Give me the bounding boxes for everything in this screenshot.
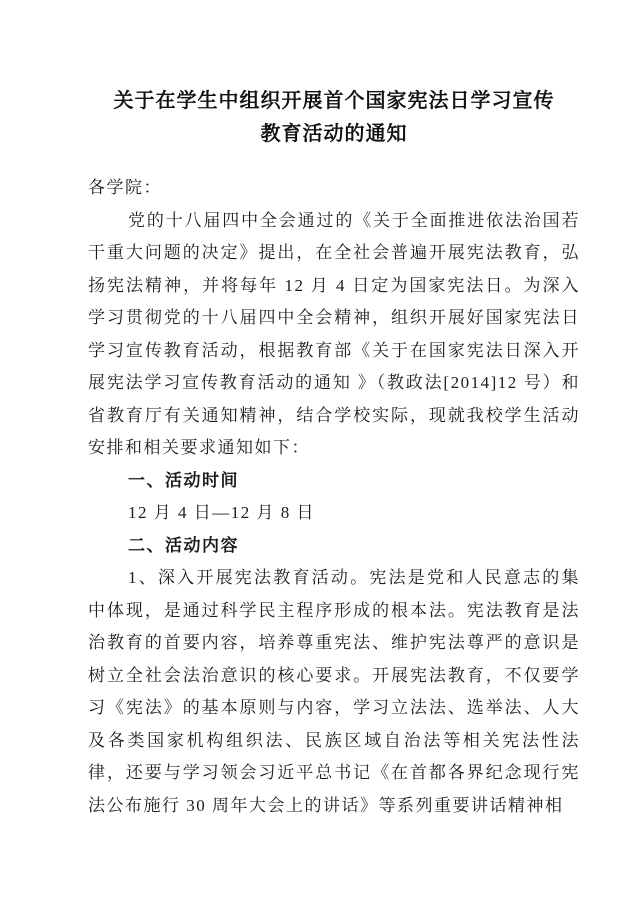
intro-paragraph: 党的十八届四中全会通过的《关于全面推进依法治国若干重大问题的决定》提出，在全社会… bbox=[88, 205, 580, 465]
section-1-heading: 一、活动时间 bbox=[88, 465, 580, 498]
section-2-heading: 二、活动内容 bbox=[88, 530, 580, 563]
section-1-date-range: 12 月 4 日—12 月 8 日 bbox=[88, 497, 580, 530]
document-title-line-1: 关于在学生中组织开展首个国家宪法日学习宣传 bbox=[88, 84, 580, 117]
document-page: 关于在学生中组织开展首个国家宪法日学习宣传 教育活动的通知 各学院： 党的十八届… bbox=[0, 0, 640, 905]
section-2-paragraph: 1、深入开展宪法教育活动。宪法是党和人民意志的集中体现，是通过科学民主程序形成的… bbox=[88, 562, 580, 822]
document-title-line-2: 教育活动的通知 bbox=[88, 117, 580, 150]
document-title: 关于在学生中组织开展首个国家宪法日学习宣传 教育活动的通知 bbox=[88, 84, 580, 150]
salutation: 各学院： bbox=[88, 172, 580, 205]
